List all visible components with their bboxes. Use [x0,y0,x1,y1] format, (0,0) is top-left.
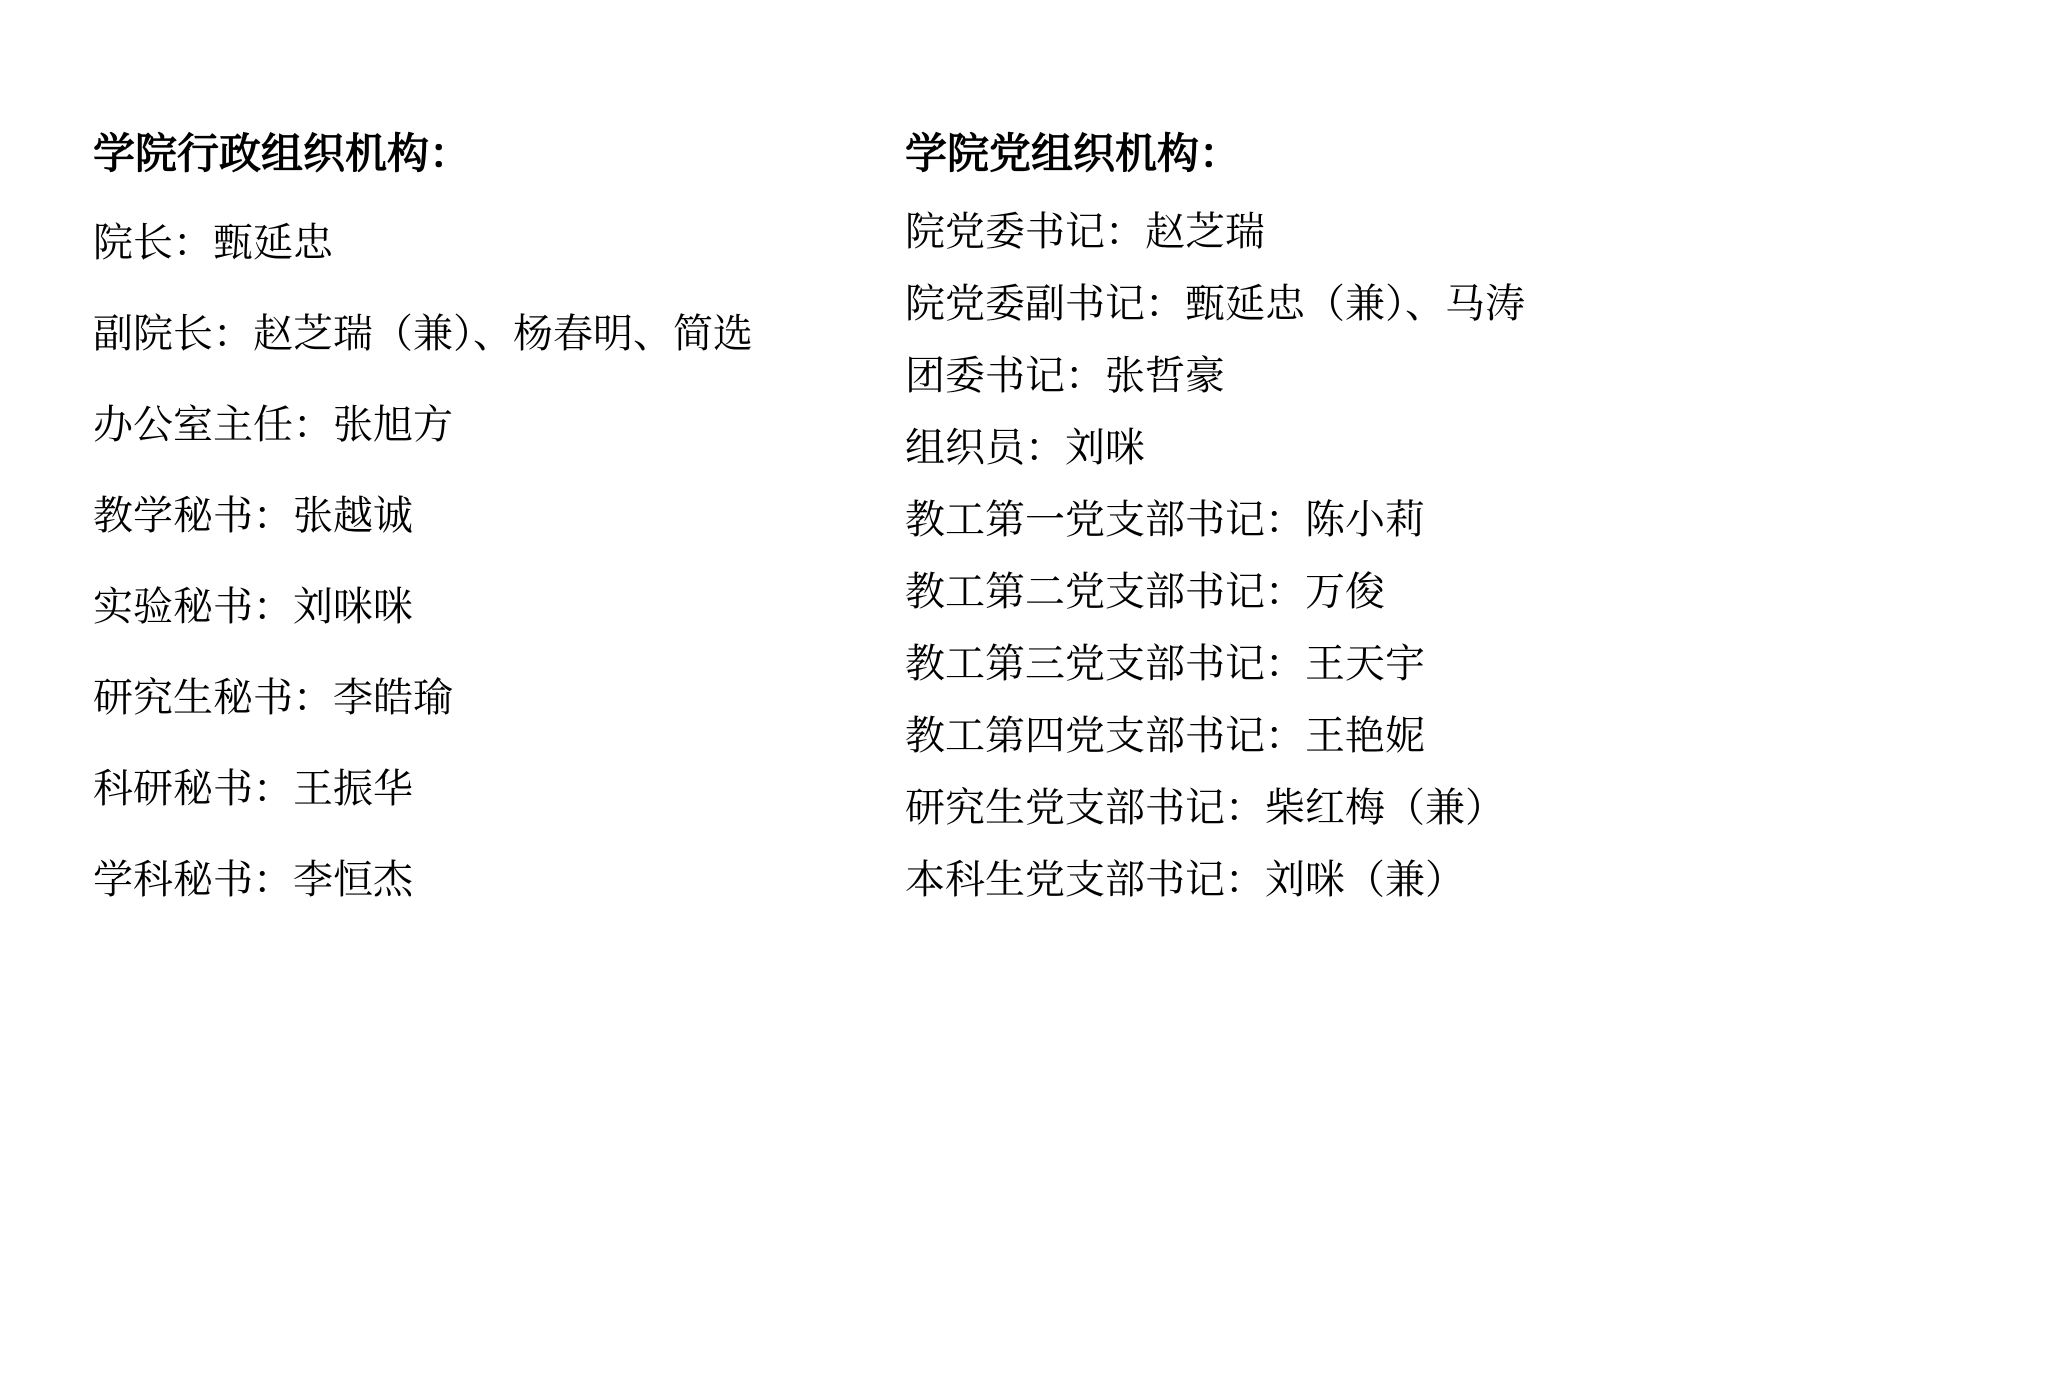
admin-org-item-research-secretary: 科研秘书：王振华 [93,743,883,834]
admin-org-item-vice-deans: 副院长：赵芝瑞（兼）、杨春明、简选 [93,288,883,379]
admin-org-item-graduate-secretary: 研究生秘书：李皓瑜 [93,652,883,743]
party-org-item-graduate-branch: 研究生党支部书记：柴红梅（兼） [905,772,2025,844]
party-org-section: 学院党组织机构： 院党委书记：赵芝瑞 院党委副书记：甄延忠（兼）、马涛 团委书记… [905,131,2025,916]
party-org-title: 学院党组织机构： [905,131,2025,179]
admin-org-item-dean: 院长：甄延忠 [93,197,883,288]
party-org-item-staff-branch-4: 教工第四党支部书记：王艳妮 [905,700,2025,772]
party-org-item-deputy-secretaries: 院党委副书记：甄延忠（兼）、马涛 [905,268,2025,340]
party-org-item-youth-league-secretary: 团委书记：张哲豪 [905,340,2025,412]
admin-org-item-discipline-secretary: 学科秘书：李恒杰 [93,834,883,925]
admin-org-item-office-director: 办公室主任：张旭方 [93,379,883,470]
admin-org-section: 学院行政组织机构： 院长：甄延忠 副院长：赵芝瑞（兼）、杨春明、简选 办公室主任… [93,131,883,925]
admin-org-item-teaching-secretary: 教学秘书：张越诚 [93,470,883,561]
party-org-item-staff-branch-1: 教工第一党支部书记：陈小莉 [905,484,2025,556]
party-org-item-staff-branch-2: 教工第二党支部书记：万俊 [905,556,2025,628]
party-org-item-undergraduate-branch: 本科生党支部书记：刘咪（兼） [905,844,2025,916]
party-org-item-organizer: 组织员：刘咪 [905,412,2025,484]
admin-org-item-lab-secretary: 实验秘书：刘咪咪 [93,561,883,652]
party-org-item-committee-secretary: 院党委书记：赵芝瑞 [905,196,2025,268]
document-page: 学院行政组织机构： 院长：甄延忠 副院长：赵芝瑞（兼）、杨春明、简选 办公室主任… [0,0,2046,1393]
party-org-item-staff-branch-3: 教工第三党支部书记：王天宇 [905,628,2025,700]
admin-org-title: 学院行政组织机构： [93,131,883,179]
